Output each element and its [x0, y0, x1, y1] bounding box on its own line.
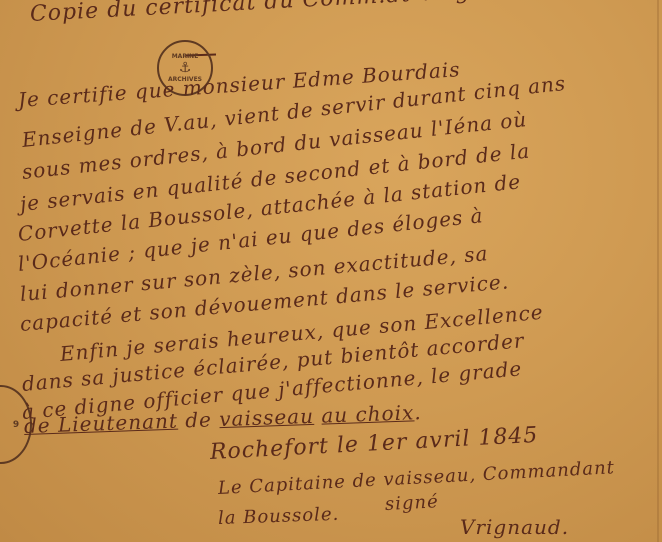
anchor-icon: ⚓	[179, 61, 192, 75]
signatory-name: Vrignaud.	[460, 515, 569, 539]
manuscript-page: Copie du certificat du Comm.dt Vrignaud.…	[0, 0, 662, 542]
signature-vessel-line: la Boussole.	[218, 504, 340, 529]
underlined-vessel: vaisseau	[219, 404, 315, 431]
document-title: Copie du certificat du Comm.dt Vrignaud.	[29, 0, 538, 27]
underlined-rank: de Lieutenant	[24, 409, 179, 438]
underlined-choice: au choix	[321, 400, 415, 427]
side-stamp-fragment: 9	[13, 420, 19, 430]
page-edge-fold	[657, 0, 659, 542]
signed-label: signé	[384, 491, 439, 515]
